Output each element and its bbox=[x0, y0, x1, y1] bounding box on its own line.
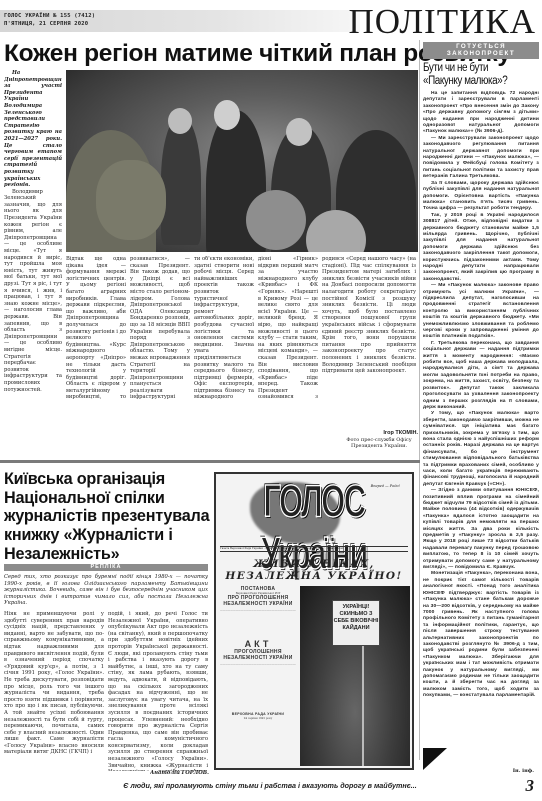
article-column-6: родився «Серед нашого часу» (на стадіоні… bbox=[322, 256, 416, 426]
front-page-photo: УКРАЇНЦІ! СКИНЬМО З СЕБЕ ВІКОВІЧНІ КАЙДА… bbox=[300, 586, 410, 766]
article-column-5: діоні «Гірник» відкрив перший матч за уч… bbox=[258, 256, 318, 400]
main-photo bbox=[66, 70, 418, 252]
replika-column-2: подій, і який, до речі Голос ти Незалежн… bbox=[108, 611, 208, 771]
front-page-banner: ЖИВИ У ВІКАХ, НЕЗАЛЕЖНА УКРАЇНО! bbox=[220, 558, 408, 582]
second-headline: Київська організація Національної спілки… bbox=[4, 470, 212, 564]
sidebar-paragraph: — Згідно з даними опитування ЮНІСЕФ, поз… bbox=[423, 488, 539, 571]
article-signature: Ігор ТКОМІН. Фото прес-служби Офісу През… bbox=[340, 430, 418, 450]
sidebar-paragraph: За її словами, щороку держава здійснює п… bbox=[423, 181, 539, 213]
sidebar-paragraph: У тому, що «Пакунок малюка» варто зберег… bbox=[423, 411, 539, 488]
section-divider bbox=[0, 460, 420, 463]
article-paragraph: Володимир Зеленський зазначив, що для нь… bbox=[4, 189, 62, 393]
sidebar-paragraph: На це запитання відповідь 72 народні деп… bbox=[423, 91, 539, 136]
main-headline: Кожен регіон матиме чіткий план розвитку bbox=[4, 40, 414, 68]
sidebar-title-line1: Бути чи не бути bbox=[423, 62, 523, 75]
act-text: ————————————————————————————————————————… bbox=[220, 663, 296, 709]
sidebar-paragraph: — Ми зареєстрували законопроект щодо зак… bbox=[423, 136, 539, 181]
replika-author: Анатолій ГОРЛОВ. bbox=[150, 770, 209, 777]
sidebar-title-line2: «Пакунку малюка»? bbox=[423, 75, 523, 88]
sign-pole bbox=[362, 646, 364, 766]
protest-sign: УКРАЇНЦІ! СКИНЬМО З СЕБЕ ВІКОВІЧНІ КАЙДА… bbox=[332, 600, 380, 646]
rubric-replika: РЕПЛІКА bbox=[4, 564, 208, 571]
replika-column-1: Ніяк не применшуючи ролі у здобутті суве… bbox=[4, 611, 104, 781]
column-divider bbox=[419, 40, 420, 760]
act-title: АКТ bbox=[220, 639, 296, 649]
photo-credit: Фото прес-служби Офісу Президента Україн… bbox=[346, 437, 411, 450]
article-lead-column: На Дніпропетровщині за участі Президента… bbox=[4, 70, 62, 400]
act-subtitle: ПРОГОЛОШЕННЯ НЕЗАЛЕЖНОСТІ УКРАЇНИ bbox=[220, 649, 296, 661]
sidebar-paragraph: Г. Третьякова переконана, що завдання со… bbox=[423, 341, 539, 411]
sidebar-rubric: ГОТУЄТЬСЯ ЗАКОНОПРОЕКТ bbox=[423, 42, 539, 59]
banner-line-2: НЕЗАЛЕЖНА УКРАЇНО! bbox=[220, 570, 408, 582]
replika-lead: Серед тих, хто розказує про буремні поді… bbox=[4, 574, 208, 607]
front-page-decree: ПОСТАНОВА Верховної Ради Української РСР… bbox=[220, 586, 296, 766]
footer-quote: Є люди, які проламують стіну тьми і рабс… bbox=[110, 781, 430, 790]
sidebar-paragraph: Так, у 2019 році в Україні народилося 30… bbox=[423, 213, 539, 283]
masthead: ГОЛОС УКРАЇНИ № 155 (7412) П'ЯТНИЦЯ, 21 … bbox=[0, 0, 542, 40]
issue-date: П'ЯТНИЦЯ, 21 СЕРПНЯ 2020 bbox=[4, 20, 95, 28]
sidebar-article: ГОТУЄТЬСЯ ЗАКОНОПРОЕКТ Бути чи не бути «… bbox=[423, 42, 539, 731]
front-page-image: ГОЛОС України Вперед — Родо! Газета Верх… bbox=[214, 472, 414, 770]
page-number: 3 bbox=[526, 776, 535, 796]
masthead-meta: ГОЛОС УКРАЇНИ № 155 (7412) П'ЯТНИЦЯ, 21 … bbox=[4, 12, 95, 28]
sidebar-body: На це запитання відповідь 72 народні деп… bbox=[423, 91, 539, 731]
sidebar-author: Ін. інф. bbox=[513, 768, 534, 774]
act-date: 24 серпня 1991 року bbox=[220, 717, 296, 720]
section-title: ПОЛІТИКА bbox=[349, 4, 536, 40]
sidebar-paragraph: Монетизація «Пакунка», переконана вона, … bbox=[423, 571, 539, 699]
decree-text: ————————————————————————————————————————… bbox=[220, 609, 296, 637]
page-fold-corner-icon bbox=[423, 748, 447, 770]
article-column-2: Відтак ще одна цікава ідея — формування … bbox=[66, 256, 126, 400]
article-column-3: розвиватися», — сказав Президент. Він та… bbox=[130, 256, 190, 400]
sidebar-paragraph: — Ми «Пакунок малюка» законове право отр… bbox=[423, 283, 539, 341]
front-page-logo: ГОЛОС України Вперед — Родо! bbox=[220, 478, 408, 542]
article-column-4: ти об'єкти економіки, здатні створити но… bbox=[194, 256, 254, 400]
front-page-info-bar: Газета Верховної Ради України · № 38 (15… bbox=[220, 546, 408, 552]
issue-number: ГОЛОС УКРАЇНИ № 155 (7412) bbox=[4, 12, 95, 20]
banner-line-1: ЖИВИ У ВІКАХ, bbox=[220, 558, 408, 570]
logo-motto: Вперед — Родо! bbox=[371, 484, 400, 488]
decree-title: ПРО ПРОГОЛОШЕННЯ НЕЗАЛЕЖНОСТІ УКРАЇНИ bbox=[220, 595, 296, 607]
article-lead: На Дніпропетровщині за участі Президента… bbox=[4, 70, 62, 189]
